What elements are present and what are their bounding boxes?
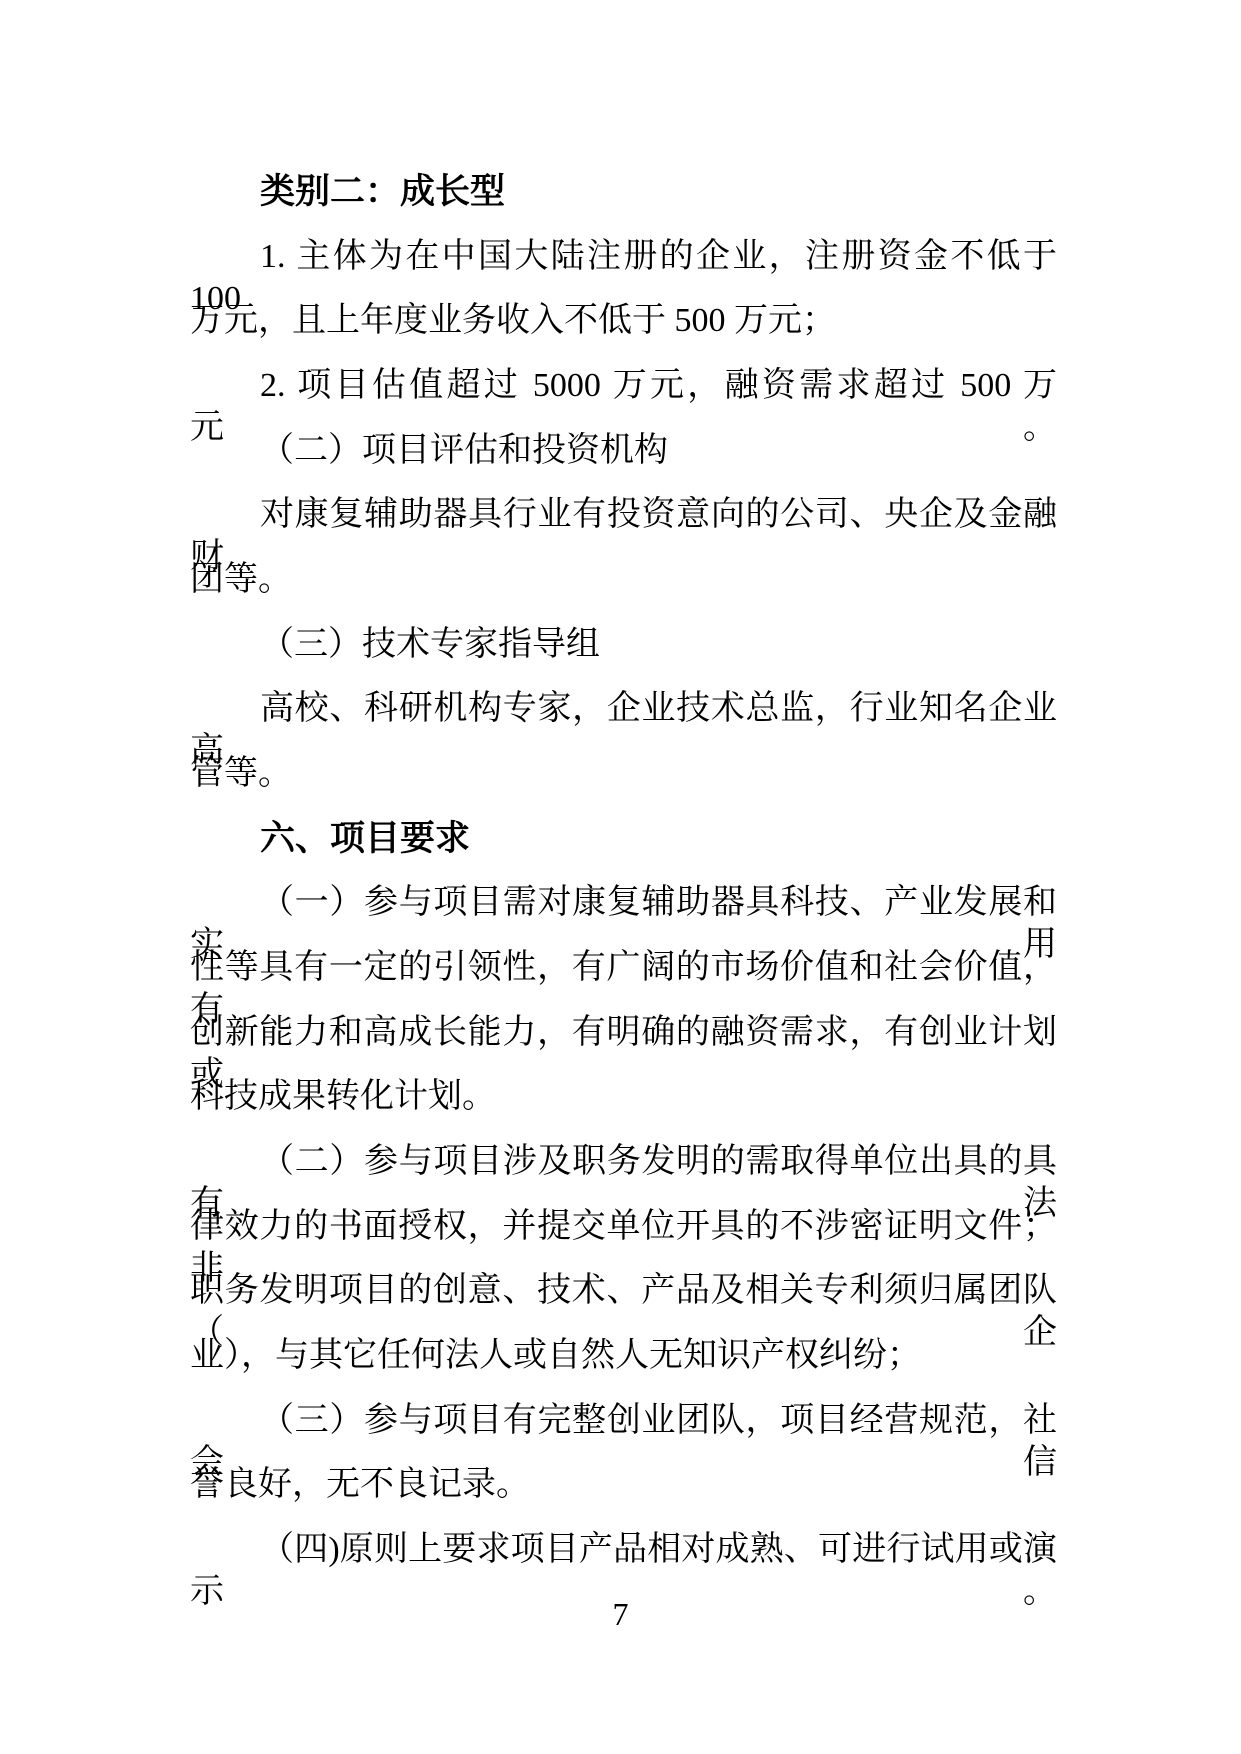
text-line: （三）参与项目有完整创业团队，项目经营规范，社会信 <box>190 1400 1057 1446</box>
page-number: 7 <box>0 1596 1241 1633</box>
text-line: 科技成果转化计划。 <box>190 1076 1057 1122</box>
text-line: （二）参与项目涉及职务发明的需取得单位出具的具有法 <box>190 1141 1057 1187</box>
text-line: 团等。 <box>190 559 1057 605</box>
text-line: 律效力的书面授权，并提交单位开具的不涉密证明文件；非 <box>190 1206 1057 1252</box>
text-line: （四)原则上要求项目产品相对成熟、可进行试用或演示。 <box>190 1529 1057 1575</box>
section-heading-category2: 类别二：成长型 <box>190 171 1057 217</box>
subsection-heading-evaluation-investors: （二）项目评估和投资机构 <box>190 430 1057 476</box>
text-line: 创新能力和高成长能力，有明确的融资需求，有创业计划或 <box>190 1012 1057 1058</box>
text-line: 高校、科研机构专家，企业技术总监，行业知名企业高 <box>190 688 1057 734</box>
text-line: 职务发明项目的创意、技术、产品及相关专利须归属团队（企 <box>190 1270 1057 1316</box>
text-line: （一）参与项目需对康复辅助器具科技、产业发展和实用 <box>190 882 1057 928</box>
text-line: 对康复辅助器具行业有投资意向的公司、央企及金融财 <box>190 494 1057 540</box>
text-line: 1. 主体为在中国大陆注册的企业，注册资金不低于 100 <box>190 236 1057 282</box>
text-line: 万元，且上年度业务收入不低于 500 万元； <box>190 300 1057 346</box>
text-line: 性等具有一定的引领性，有广阔的市场价值和社会价值，有 <box>190 947 1057 993</box>
text-line: 管等。 <box>190 753 1057 799</box>
subsection-heading-expert-group: （三）技术专家指导组 <box>190 624 1057 670</box>
section-heading-project-requirements: 六、项目要求 <box>190 818 1057 864</box>
text-line: 2. 项目估值超过 5000 万元，融资需求超过 500 万元。 <box>190 365 1057 411</box>
text-line: 业），与其它任何法人或自然人无知识产权纠纷； <box>190 1335 1057 1381</box>
text-line: 誉良好，无不良记录。 <box>190 1464 1057 1510</box>
document-page: 类别二：成长型 1. 主体为在中国大陆注册的企业，注册资金不低于 100 万元，… <box>0 0 1241 1754</box>
